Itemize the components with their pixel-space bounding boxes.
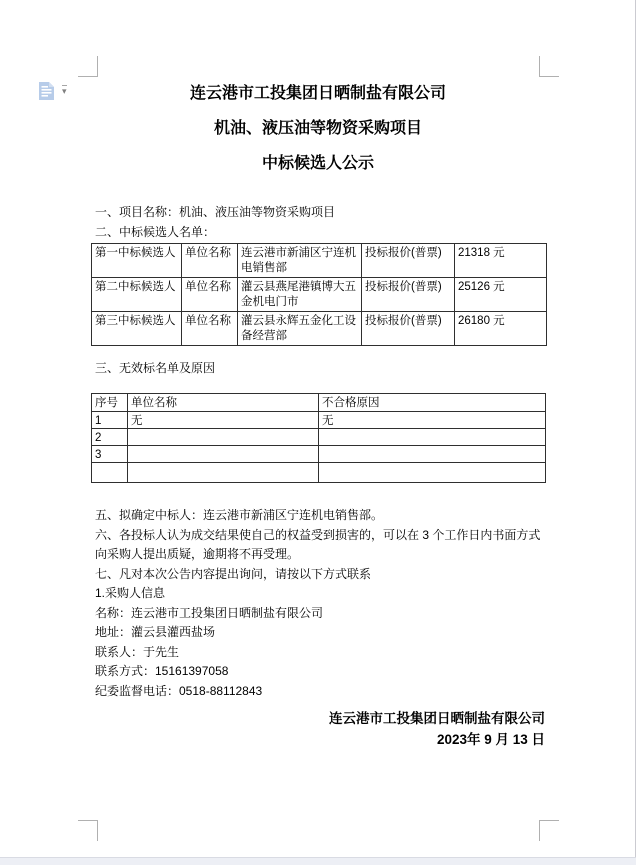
price-cell: 25126 元 [455, 278, 547, 312]
text-boundary-mark-top-left [78, 56, 98, 77]
no-cell: 1 [92, 412, 128, 429]
no-cell [92, 463, 128, 483]
contact-address: 地址：灌云县灌西盐场 [95, 623, 550, 643]
text-boundary-mark-top-right [539, 56, 559, 77]
reason-cell [319, 446, 546, 463]
invalid-bids-table: 序号 单位名称 不合格原因 1 无 无 2 3 [91, 393, 546, 483]
reason-cell [319, 463, 546, 483]
signature-company: 连云港市工投集团日晒制盐有限公司 [97, 708, 545, 729]
price-label-cell: 投标报价(普票) [362, 244, 455, 278]
candidates-table: 第一中标候选人 单位名称 连云港市新浦区宁连机电销售部 投标报价(普票) 213… [91, 243, 547, 346]
table-row: 3 [92, 446, 546, 463]
company-cell: 无 [128, 412, 319, 429]
signature-block: 连云港市工投集团日晒制盐有限公司 2023年 9 月 13 日 [97, 708, 545, 750]
price-label-cell: 投标报价(普票) [362, 278, 455, 312]
no-cell: 3 [92, 446, 128, 463]
document-title-line-1: 连云港市工投集团日晒制盐有限公司 [97, 76, 539, 111]
document-title-line-2: 机油、液压油等物资采购项目 [97, 111, 539, 146]
table-header-row: 序号 单位名称 不合格原因 [92, 394, 546, 412]
company-cell: 灌云县永辉五金化工设备经营部 [238, 312, 362, 346]
table-row: 第三中标候选人 单位名称 灌云县永辉五金化工设备经营部 投标报价(普票) 261… [92, 312, 547, 346]
no-cell: 2 [92, 429, 128, 446]
contact-phone: 联系方式：15161397058 [95, 662, 550, 682]
table-row: 第一中标候选人 单位名称 连云港市新浦区宁连机电销售部 投标报价(普票) 213… [92, 244, 547, 278]
section-candidate-list-heading: 二、中标候选人名单： [95, 222, 335, 242]
col-header-company: 单位名称 [128, 394, 319, 412]
price-cell: 21318 元 [455, 244, 547, 278]
contact-name: 名称：连云港市工投集团日晒制盐有限公司 [95, 604, 550, 624]
document-title-block: 连云港市工投集团日晒制盐有限公司 机油、液压油等物资采购项目 中标候选人公示 [97, 76, 539, 181]
reason-cell: 无 [319, 412, 546, 429]
table-row: 1 无 无 [92, 412, 546, 429]
company-cell [128, 446, 319, 463]
candidate-rank-cell: 第一中标候选人 [92, 244, 182, 278]
document-title-line-3: 中标候选人公示 [97, 146, 539, 181]
chevron-down-icon[interactable]: ▾ [62, 85, 67, 96]
candidate-rank-cell: 第三中标候选人 [92, 312, 182, 346]
text-boundary-mark-bottom-left [78, 820, 98, 841]
col-header-no: 序号 [92, 394, 128, 412]
paste-options-button[interactable]: ▾ [36, 80, 74, 104]
contact-supervision-phone: 纪委监督电话：0518-88112843 [95, 682, 550, 702]
purchaser-info-heading: 1.采购人信息 [95, 584, 550, 604]
section-project-name: 一、项目名称：机油、液压油等物资采购项目 [95, 202, 335, 222]
table-row [92, 463, 546, 483]
company-cell [128, 429, 319, 446]
text-boundary-mark-bottom-right [539, 820, 559, 841]
table-row: 第二中标候选人 单位名称 灌云县燕尾港镇博大五金机电门市 投标报价(普票) 25… [92, 278, 547, 312]
price-cell: 26180 元 [455, 312, 547, 346]
price-label-cell: 投标报价(普票) [362, 312, 455, 346]
company-cell: 连云港市新浦区宁连机电销售部 [238, 244, 362, 278]
col-header-reason: 不合格原因 [319, 394, 546, 412]
paragraph-winner: 五、拟确定中标人：连云港市新浦区宁连机电销售部。 [95, 506, 550, 526]
paragraph-objection: 六、各投标人认为成交结果使自己的权益受到损害的，可以在 3 个工作日内书面方式向… [95, 526, 550, 565]
company-cell: 灌云县燕尾港镇博大五金机电门市 [238, 278, 362, 312]
contact-person: 联系人：于先生 [95, 643, 550, 663]
reason-cell [319, 429, 546, 446]
section-1-2: 一、项目名称：机油、液压油等物资采购项目 二、中标候选人名单： [95, 202, 335, 242]
unit-name-label-cell: 单位名称 [182, 244, 238, 278]
signature-date: 2023年 9 月 13 日 [97, 729, 545, 750]
body-paragraphs: 五、拟确定中标人：连云港市新浦区宁连机电销售部。 六、各投标人认为成交结果使自己… [95, 506, 550, 701]
word-document-page: ▾ 连云港市工投集团日晒制盐有限公司 机油、液压油等物资采购项目 中标候选人公示… [0, 0, 636, 865]
table-row: 2 [92, 429, 546, 446]
candidate-rank-cell: 第二中标候选人 [92, 278, 182, 312]
section-invalid-bids-heading: 三、无效标名单及原因 [95, 358, 215, 378]
company-cell [128, 463, 319, 483]
unit-name-label-cell: 单位名称 [182, 312, 238, 346]
unit-name-label-cell: 单位名称 [182, 278, 238, 312]
horizontal-scrollbar-track[interactable] [0, 857, 636, 865]
paragraph-inquiry: 七、凡对本次公告内容提出询问，请按以下方式联系 [95, 565, 550, 585]
